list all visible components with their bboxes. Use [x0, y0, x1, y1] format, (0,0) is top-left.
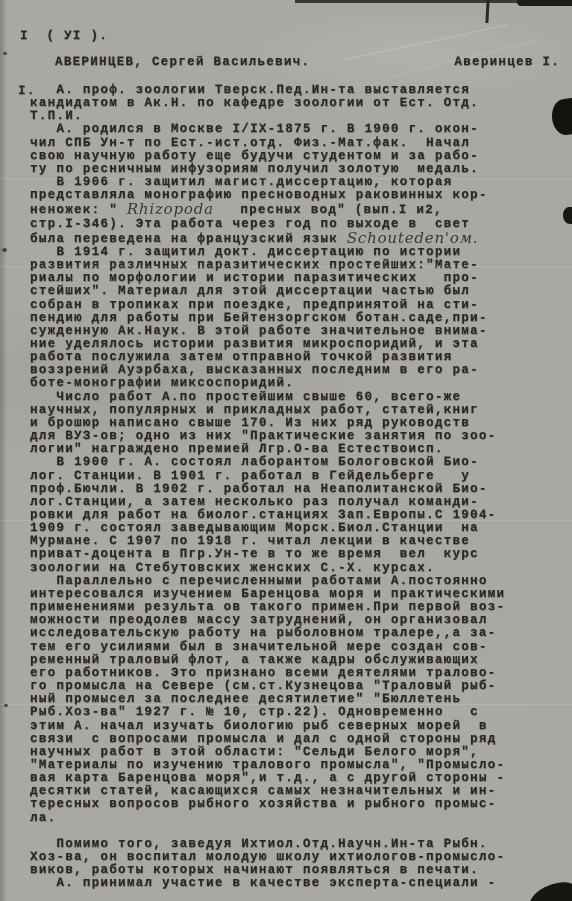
scan-top-tick-mark: [485, 0, 489, 23]
handwritten-word-schouteden: Schouteden'ом.: [347, 229, 479, 247]
ink-blot-right-edge: [563, 207, 572, 224]
scan-top-right-corner-mark: [517, 0, 572, 6]
handwritten-word-rhizopoda: Rhizopoda: [127, 200, 214, 218]
paragraph-magister-thesis: В 1906 г. защитил магист.диссертацию, ко…: [30, 176, 572, 246]
paragraph-birth-education: А. родился в Москве I/IX-1875 г. В 1900 …: [30, 123, 572, 176]
reference-label: Аверинцев I.: [454, 56, 560, 69]
paragraph-barents-sea-research: Параллельно с перечисленными работами А.…: [30, 575, 572, 825]
paper-crease: [0, 520, 572, 521]
person-name: АВЕРИНЦЕВ, Сергей Васильевич.: [55, 56, 310, 69]
page-number: I ( УI ).: [20, 30, 108, 43]
dust-speck: [3, 52, 7, 55]
paragraph-nomination: А. проф. зоологии Тверск.Пед.Ин-та выста…: [30, 84, 572, 123]
scanned-document-page: I ( УI ). АВЕРИНЦЕВ, Сергей Васильевич. …: [0, 0, 572, 901]
section-marker: I.: [18, 85, 36, 98]
scan-left-edge-shadow: [0, 0, 7, 901]
paragraph-publications-count: Число работ А.по простейшим свыше 60, вс…: [30, 391, 572, 457]
dust-speck: [2, 248, 7, 252]
paragraph-career: В 1900 г. А. состоял лаборантом Бологовс…: [30, 456, 572, 574]
document-body: I. А. проф. зоологии Тверск.Пед.Ин-та вы…: [30, 84, 572, 890]
paper-crease: [0, 704, 572, 705]
document-header: АВЕРИНЦЕВ, Сергей Васильевич. Аверинцев …: [55, 56, 560, 69]
paper-crease: [0, 266, 572, 267]
paragraph-expert-role: А. принимал участие в качестве эксперта-…: [30, 877, 572, 890]
paper-crease: [0, 178, 572, 179]
paragraph-ichthyology-school: Помимо того, заведуя Ихтиол.Отд.Научн.Ин…: [30, 838, 572, 877]
paragraph-doctoral-thesis: В 1914 г. защитил докт. диссертацию по и…: [30, 246, 572, 391]
dust-speck: [4, 704, 8, 707]
